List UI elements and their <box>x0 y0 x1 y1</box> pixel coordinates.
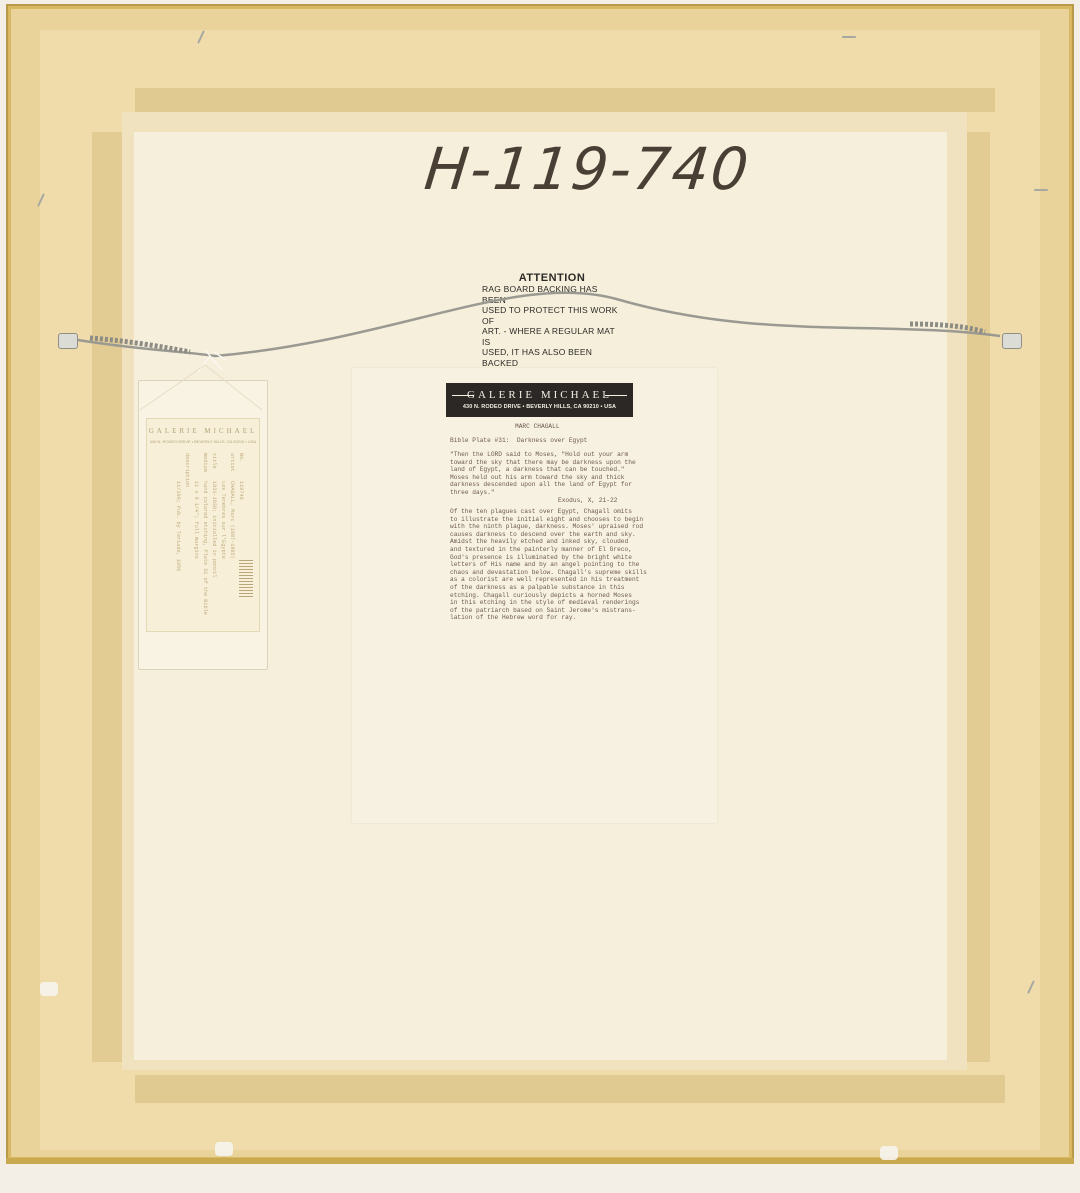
d-ring-hanger-right-icon <box>1002 333 1022 349</box>
d-ring-hanger-left-icon <box>58 333 78 349</box>
hanging-wire <box>0 0 1080 1193</box>
